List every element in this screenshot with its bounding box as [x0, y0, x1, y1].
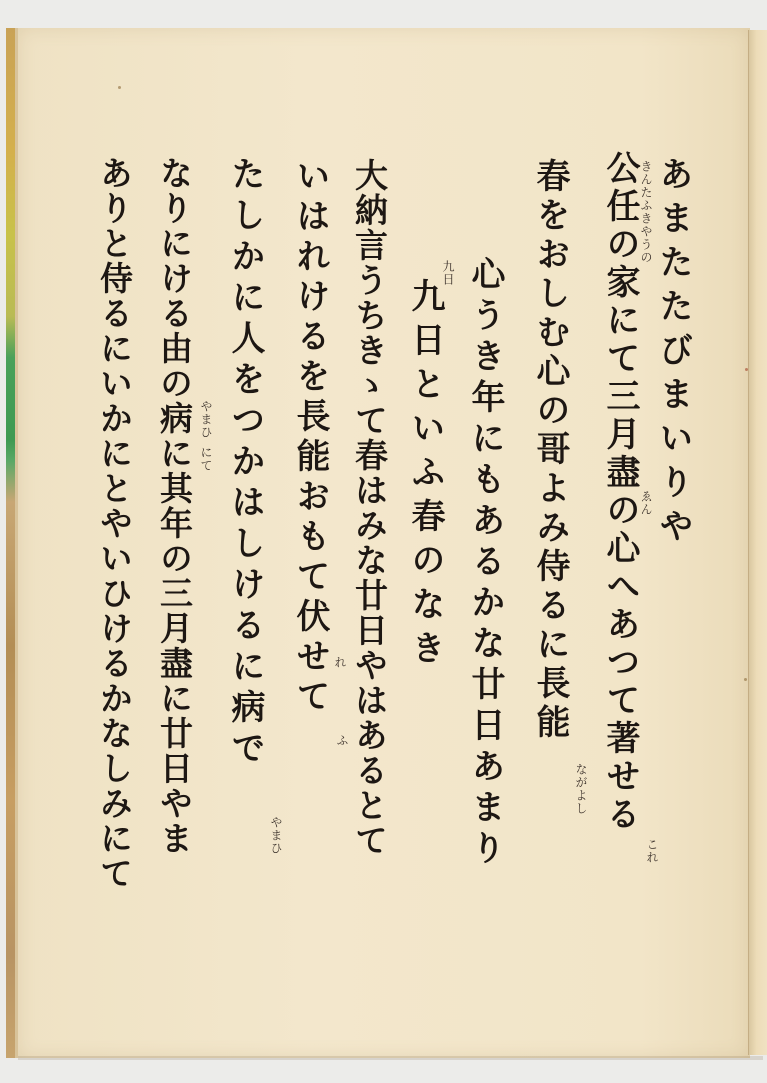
ruby-annotation: やまひ — [200, 400, 212, 439]
ruby-annotation: これ — [646, 838, 658, 864]
page-bottom-shadow — [18, 1056, 763, 1060]
ruby-annotation: れ — [334, 656, 346, 669]
manuscript-scene: あまたたびまいりや 公任の家にて三月盡の心へあつて著せる きんたふきやうの ゑん… — [0, 0, 767, 1083]
ruby-annotation: ゑん — [640, 490, 652, 516]
paper-speck — [118, 86, 121, 89]
text-column-8: たしかに人をつかはしけるに病で — [228, 156, 262, 771]
text-column-4: 心うき年にもあるかな廿日あまり — [468, 256, 502, 871]
paper-speck — [744, 678, 747, 681]
text-column-6: 大納言うちきゝて春はみな廿日やはあるとて — [353, 158, 386, 858]
ruby-annotation: やまひ — [270, 816, 282, 855]
manuscript-page: あまたたびまいりや 公任の家にて三月盡の心へあつて著せる きんたふきやうの ゑん… — [18, 28, 750, 1058]
facing-page-edge — [748, 30, 767, 1055]
text-column-3: 春をおしむ心の哥よみ侍るに長能 — [533, 158, 567, 743]
ruby-annotation: ふ — [336, 734, 348, 747]
text-column-10: ありと侍るにいかにとやいひけるかなしみにて — [98, 156, 131, 891]
ruby-annotation: きんたふきやうの — [640, 160, 652, 264]
show-through-text — [413, 168, 443, 206]
ruby-annotation: ながよし — [575, 763, 587, 815]
text-column-2: 公任の家にて三月盡の心へあつて著せる — [603, 150, 637, 834]
text-column-1: あまたたびまいりや — [656, 156, 690, 552]
text-column-5: 九日といふ春のなき — [408, 278, 442, 674]
ruby-annotation: にて — [200, 446, 212, 472]
ruby-annotation: 九日 — [442, 260, 454, 286]
text-column-9: なりにける由の病に其年の三月盡に廿日やま — [158, 156, 191, 856]
text-column-7: いはれけるを長能おもて伏せて — [293, 158, 327, 718]
